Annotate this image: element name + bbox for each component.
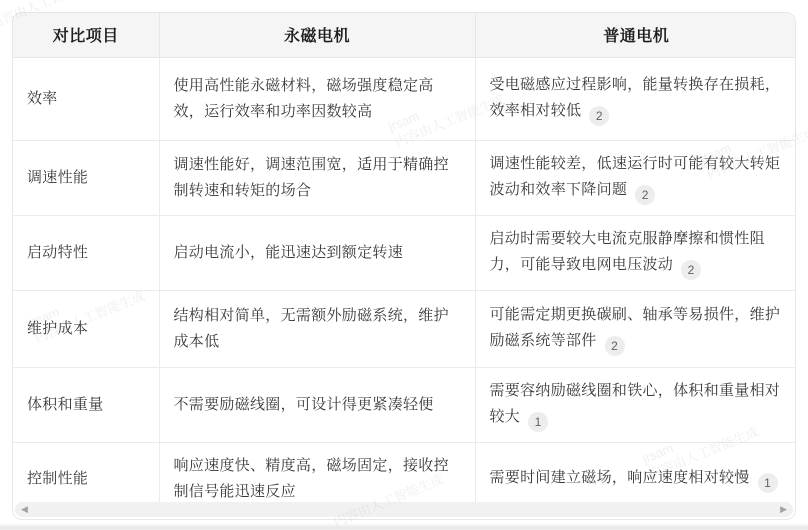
scroll-left-icon[interactable]: ◀ [21, 505, 28, 514]
item-cell: 调速性能 [13, 140, 159, 215]
item-label: 启动特性 [27, 244, 88, 261]
ord-cell: 调速性能较差，低速运行时可能有较大转矩波动和效率下降问题2 [475, 140, 796, 215]
pm-cell: 调速性能好，调速范围宽，适用于精确控制转速和转矩的场合 [159, 140, 475, 215]
item-label: 调速性能 [27, 169, 88, 186]
ord-text: 受电磁感应过程影响，能量转换存在损耗，效率相对较低 [490, 76, 781, 119]
header-ordinary-motor: 普通电机 [475, 13, 796, 57]
item-cell: 效率 [13, 57, 159, 140]
item-label: 控制性能 [27, 470, 88, 487]
pm-cell: 结构相对简单，无需额外励磁系统，维护成本低 [159, 290, 475, 367]
scroll-right-icon[interactable]: ▶ [780, 505, 787, 514]
horizontal-scrollbar[interactable]: ◀ ▶ [15, 502, 793, 517]
item-label: 效率 [27, 90, 58, 107]
citation-badge[interactable]: 2 [681, 260, 701, 280]
item-cell: 体积和重量 [13, 367, 159, 442]
header-permanent-magnet-motor: 永磁电机 [159, 13, 475, 57]
motor-comparison-table: 对比项目 永磁电机 普通电机 效率 使用高性能永磁材料，磁场强度稳定高效，运行效… [13, 13, 796, 515]
item-cell: 维护成本 [13, 290, 159, 367]
pm-text: 响应速度快、精度高，磁场固定，接收控制信号能迅速反应 [174, 457, 449, 500]
header-row: 对比项目 永磁电机 普通电机 [13, 13, 796, 57]
item-cell: 启动特性 [13, 215, 159, 290]
table-row: 调速性能 调速性能好，调速范围宽，适用于精确控制转速和转矩的场合 调速性能较差，… [13, 140, 796, 215]
ord-text: 可能需定期更换碳刷、轴承等易损件，维护励磁系统等部件 [490, 306, 781, 349]
comparison-table-card: 对比项目 永磁电机 普通电机 效率 使用高性能永磁材料，磁场强度稳定高效，运行效… [12, 12, 796, 520]
pm-cell: 启动电流小，能迅速达到额定转速 [159, 215, 475, 290]
pm-text: 不需要励磁线圈，可设计得更紧凑轻便 [174, 396, 434, 413]
ord-cell: 启动时需要较大电流克服静摩擦和惯性阻力，可能导致电网电压波动2 [475, 215, 796, 290]
ord-cell: 需要容纳励磁线圈和铁心，体积和重量相对较大1 [475, 367, 796, 442]
citation-badge[interactable]: 2 [589, 106, 609, 126]
item-label: 体积和重量 [27, 396, 104, 413]
table-row: 效率 使用高性能永磁材料，磁场强度稳定高效，运行效率和功率因数较高 受电磁感应过… [13, 57, 796, 140]
header-comparison-item: 对比项目 [13, 13, 159, 57]
pm-text: 调速性能好，调速范围宽，适用于精确控制转速和转矩的场合 [174, 156, 449, 199]
pm-text: 启动电流小，能迅速达到额定转速 [174, 244, 404, 261]
table-row: 启动特性 启动电流小，能迅速达到额定转速 启动时需要较大电流克服静摩擦和惯性阻力… [13, 215, 796, 290]
citation-badge[interactable]: 1 [528, 412, 548, 432]
ord-text: 启动时需要较大电流克服静摩擦和惯性阻力，可能导致电网电压波动 [490, 230, 765, 273]
ord-cell: 可能需定期更换碳刷、轴承等易损件，维护励磁系统等部件2 [475, 290, 796, 367]
pm-text: 使用高性能永磁材料，磁场强度稳定高效，运行效率和功率因数较高 [174, 77, 434, 120]
page-bottom-edge [0, 523, 808, 530]
citation-badge[interactable]: 2 [635, 185, 655, 205]
table-row: 维护成本 结构相对简单，无需额外励磁系统，维护成本低 可能需定期更换碳刷、轴承等… [13, 290, 796, 367]
citation-badge[interactable]: 2 [605, 336, 625, 356]
pm-cell: 不需要励磁线圈，可设计得更紧凑轻便 [159, 367, 475, 442]
item-label: 维护成本 [27, 320, 88, 337]
table-row: 体积和重量 不需要励磁线圈，可设计得更紧凑轻便 需要容纳励磁线圈和铁心，体积和重… [13, 367, 796, 442]
pm-text: 结构相对简单，无需额外励磁系统，维护成本低 [174, 307, 449, 350]
ord-text: 需要时间建立磁场，响应速度相对较慢 [490, 469, 750, 486]
citation-badge[interactable]: 1 [758, 473, 778, 493]
ord-cell: 受电磁感应过程影响，能量转换存在损耗，效率相对较低2 [475, 57, 796, 140]
pm-cell: 使用高性能永磁材料，磁场强度稳定高效，运行效率和功率因数较高 [159, 57, 475, 140]
